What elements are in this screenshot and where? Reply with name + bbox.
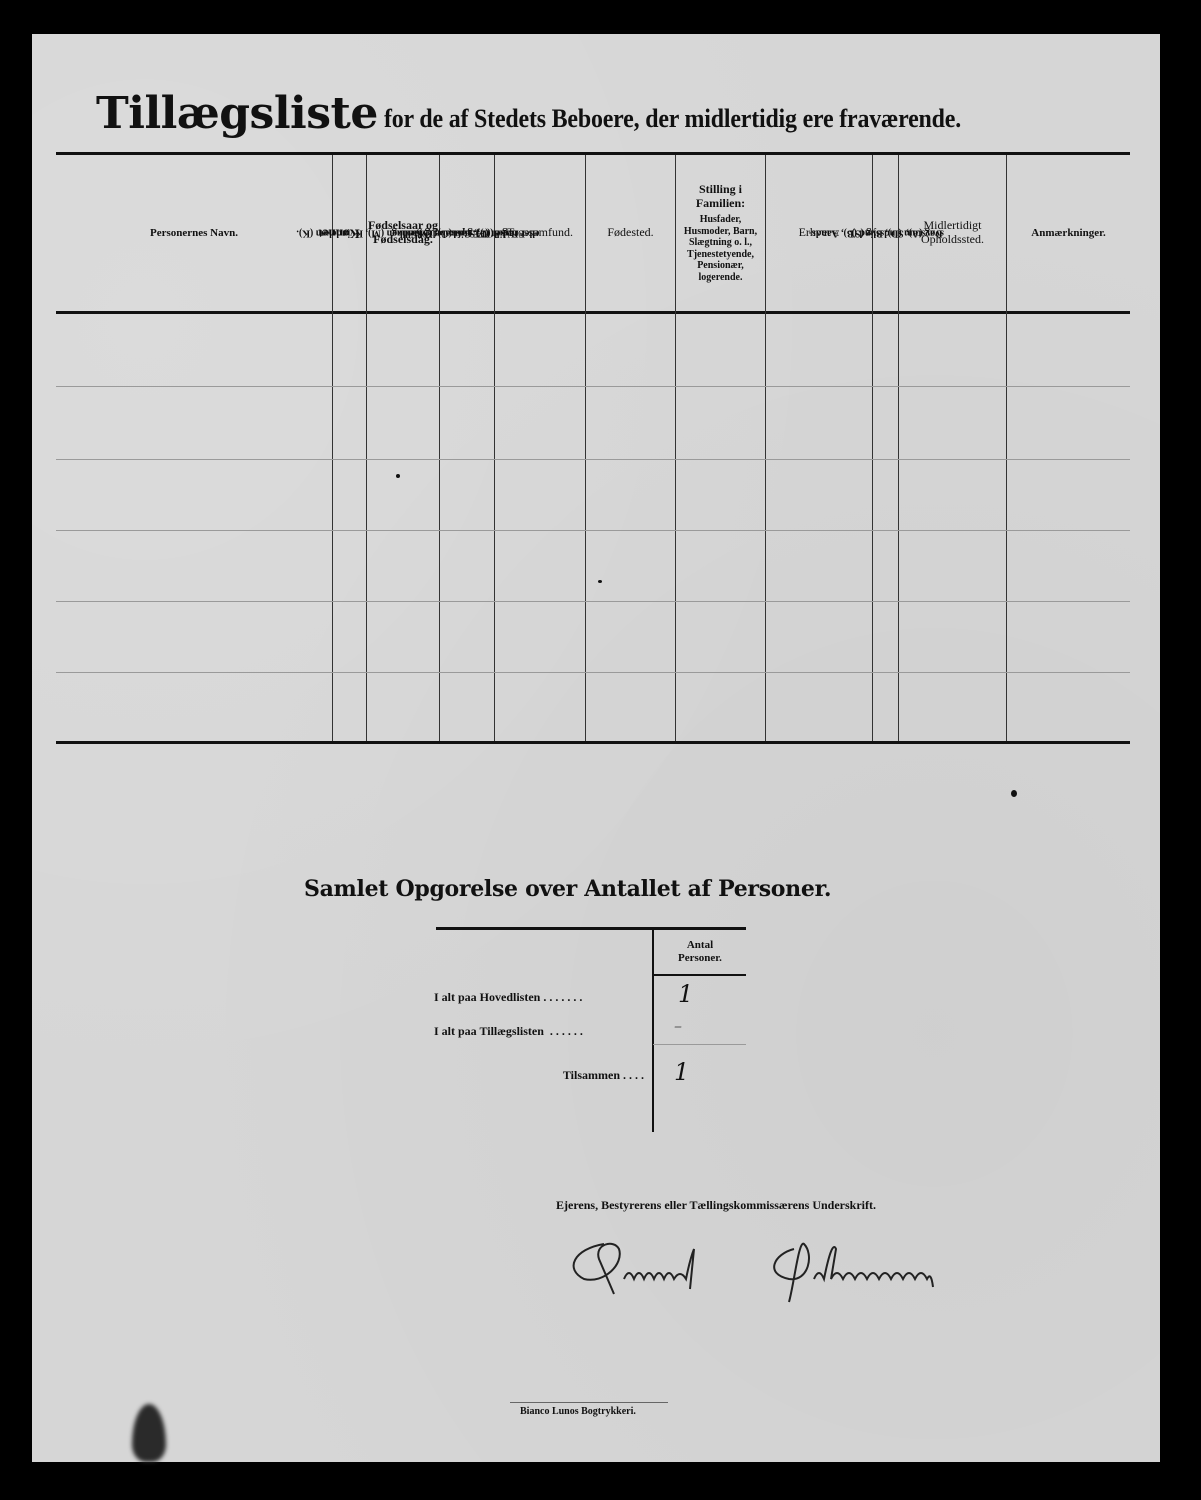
header-religion: Trossamfund. bbox=[495, 155, 585, 311]
summary-header-rule bbox=[653, 974, 746, 976]
row-divider bbox=[56, 459, 1130, 460]
row-divider bbox=[56, 601, 1130, 602]
row-divider bbox=[56, 386, 1130, 387]
census-form-page: Tillægsliste for de af Stedets Beboere, … bbox=[32, 34, 1160, 1462]
handwritten-signature bbox=[564, 1224, 1034, 1304]
summary-title: Samlet Opgorelse over Antallet af Person… bbox=[304, 876, 831, 902]
signature-scrawl-icon bbox=[564, 1224, 1034, 1304]
header-family-position: Stilling i Familien: Husfader, Husmoder,… bbox=[676, 155, 765, 311]
summary-count-header-l1: Antal bbox=[687, 939, 713, 952]
form-title: Tillægsliste bbox=[96, 92, 378, 136]
form-subtitle: for de af Stedets Beboere, der midlertid… bbox=[384, 106, 961, 132]
header-birthplace: Fødested. bbox=[586, 155, 675, 311]
printer-rule bbox=[510, 1402, 668, 1403]
ink-speck bbox=[396, 474, 400, 478]
ink-speck bbox=[598, 580, 602, 583]
table-bottom-rule bbox=[56, 741, 1130, 744]
summary-count-header-l2: Personer. bbox=[678, 952, 722, 965]
header-temp-residence: Midlertidigt Opholdssted. bbox=[899, 155, 1006, 311]
header-family-title: Stilling i Familien: bbox=[676, 183, 765, 211]
printer-imprint: Bianco Lunos Bogtrykkeri. bbox=[520, 1406, 636, 1417]
summary-total-rule bbox=[653, 1044, 746, 1045]
summary-count-header: Antal Personer. bbox=[654, 932, 746, 972]
row-divider bbox=[56, 672, 1130, 673]
header-disability: Døvstum (D), Blind (B), Aands-svag (A), … bbox=[873, 155, 898, 311]
form-subtitle-emphasis: fraværende. bbox=[839, 104, 961, 133]
header-remarks: Anmærkninger. bbox=[1007, 155, 1130, 311]
header-marital: Ægteskabelig Stilling.Ugift (U), Gift (G… bbox=[440, 155, 494, 311]
form-subtitle-text: for de af Stedets Beboere, der midlertid… bbox=[384, 104, 833, 133]
summary-row-total-label: Tilsammen . . . . bbox=[392, 1068, 644, 1083]
signature-label: Ejerens, Bestyrerens eller Tællingskommi… bbox=[556, 1198, 876, 1213]
summary-row-total-value: 1 bbox=[674, 1058, 689, 1086]
summary-row-main-list-label: I alt paa Hovedlisten . . . . . . . bbox=[392, 990, 686, 1005]
summary-row-supplement-value: – bbox=[674, 1016, 682, 1035]
summary-row-main-list-value: 1 bbox=[678, 980, 693, 1008]
summary-top-rule bbox=[436, 927, 746, 930]
summary-row-supplement-label: I alt paa Tillægslisten . . . . . . bbox=[392, 1024, 686, 1039]
paper-damage-mark bbox=[132, 1404, 166, 1462]
header-sex: KønnetMandkøn (M), Kvindekøn (K). bbox=[333, 155, 366, 311]
ink-speck bbox=[1011, 790, 1017, 797]
header-family-detail: Husfader, Husmoder, Barn, Slægtning o. l… bbox=[676, 214, 765, 283]
row-divider bbox=[56, 530, 1130, 531]
header-bottom-rule bbox=[56, 311, 1130, 314]
